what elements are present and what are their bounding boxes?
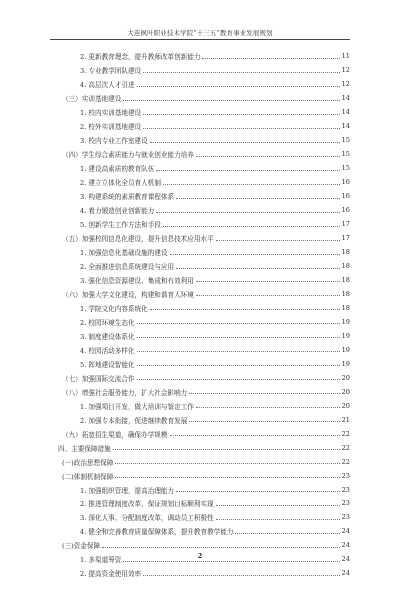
toc-entry-page-number: 21 [341,416,350,424]
toc-entry-title: 1. 加强项目开发，做大培训与鉴定工作 [80,401,195,411]
toc-entry[interactable]: 2. 建立立体化全员育人机制16 [0,175,350,189]
toc-entry[interactable]: 3. 制度建设体系化19 [0,329,350,343]
toc-entry[interactable]: （七）加强国际交流合作20 [0,371,350,385]
toc-entry-page-number: 20 [341,374,350,382]
toc-entry-title: （七）加强国际交流合作 [62,373,136,383]
toc-entry[interactable]: 3. 深化人事、分配制度改革，调动员工积极性23 [0,510,350,524]
toc-entry[interactable]: （九）拓宽招生渠道，确保办学规模22 [0,427,350,441]
header-rule [50,39,350,40]
dot-leader [123,556,340,563]
toc-entry-page-number: 11 [341,52,350,60]
toc-entry-title: 2. 更新教育理念，提升教师改革创新能力 [80,51,201,61]
toc-entry-page-number: 16 [341,206,350,214]
toc-entry-page-number: 22 [341,444,350,452]
toc-entry-page-number: 12 [341,80,350,88]
toc-entry[interactable]: （三）实训基地建设14 [0,91,350,105]
toc-entry[interactable]: 5. 创新学生工作方法和手段17 [0,217,350,231]
toc-entry[interactable]: 1. 加强信息化基础设施的建设18 [0,245,350,259]
toc-entry[interactable]: 1. 加强组织管理，提高治理能力23 [0,483,350,497]
toc-entry[interactable]: 1. 加强项目开发，做大培训与鉴定工作20 [0,399,350,413]
toc-entry[interactable]: (三)资金保障24 [0,538,350,552]
toc-entry[interactable]: (二)体制机制保障23 [0,469,350,483]
toc-entry-title: 1. 校内实训基地建设 [80,107,142,117]
toc-entry-title: （五）加强校园信息化建设，提升信息技术应用水平 [62,233,215,243]
dot-leader [143,570,340,577]
toc-entry[interactable]: 2. 推进管理制度改革，保证规划目标顺利实现23 [0,497,350,511]
toc-entry-page-number: 16 [341,178,350,186]
dot-leader [176,486,340,493]
toc-entry-title: (三)资金保障 [62,540,101,550]
dot-leader [216,235,340,242]
toc-entry-title: 四、主要保障措施 [58,443,112,453]
toc-entry[interactable]: 4. 高层次人才引进12 [0,77,350,91]
dot-leader [196,276,340,283]
toc-entry-title: 2. 推进管理制度改革，保证规划目标顺利实现 [80,498,215,508]
dot-leader [235,528,340,535]
toc-entry-title: 1. 学院文化内容系统化 [80,303,149,313]
toc-entry[interactable]: (一)政治思想保障22 [0,455,350,469]
toc-entry-title: 2. 加强专本衔接，促进继续教育发展 [80,415,188,425]
toc-entry-title: 3. 校内专业工作室建设 [80,135,149,145]
toc-entry-page-number: 18 [341,290,350,298]
toc-entry-page-number: 16 [341,192,350,200]
dot-leader [137,346,340,353]
dot-leader [216,514,340,521]
toc-entry-page-number: 23 [341,513,350,521]
toc-entry-page-number: 19 [341,318,350,326]
toc-entry[interactable]: 1. 建设高素质的教育队伍15 [0,161,350,175]
toc-entry-page-number: 23 [341,486,350,494]
toc-entry-title: （九）拓宽招生渠道，确保办学规模 [62,429,169,439]
toc-entry-page-number: 24 [341,541,350,549]
dot-leader [176,193,340,200]
toc-entry[interactable]: 2. 校外实训基地建设14 [0,119,350,133]
page-number: 2 [190,552,210,560]
toc-entry-title: 2. 全面推进信息系统建设与应用 [80,261,175,271]
dot-leader [196,402,340,409]
toc-entry[interactable]: 2. 提高资金使用效率24 [0,566,350,580]
toc-entry-title: （八）增强社会服务能力，扩大社会影响力 [62,387,188,397]
toc-entry-title: 2. 校园环境生态化 [80,317,136,327]
dot-leader [170,249,340,256]
dot-leader [113,444,340,451]
dot-leader [156,165,340,172]
dot-leader [170,430,341,437]
toc-entry-title: 1. 加强信息化基础设施的建设 [80,247,169,257]
toc-entry[interactable]: 3. 校内专业工作室建设15 [0,133,350,147]
toc-entry-page-number: 19 [341,346,350,354]
toc-entry-title: （六）加强大学文化建设，构建和谐育人环境 [62,289,195,299]
toc-entry-title: 2. 提高资金使用效率 [80,568,142,578]
toc-entry-title: 4. 校园活动多样化 [80,345,136,355]
toc-entry-title: 5. 创新学生工作方法和手段 [80,219,162,229]
toc-entry-page-number: 24 [341,569,350,577]
toc-entry[interactable]: 4. 着力锻造创业创新能力16 [0,203,350,217]
toc-entry-title: （三）实训基地建设 [62,93,122,103]
toc-entry-title: 1. 多渠道筹资 [80,554,122,564]
toc-entry[interactable]: 3. 构建系统的素质教育课程体系16 [0,189,350,203]
toc-entry-page-number: 17 [341,220,350,228]
toc-entry-page-number: 19 [341,360,350,368]
dot-leader [189,416,340,423]
toc-entry-title: 3. 构建系统的素质教育课程体系 [80,191,175,201]
dot-leader [137,332,340,339]
toc-entry-title: 4. 着力锻造创业创新能力 [80,205,155,215]
toc-entry-page-number: 19 [341,332,350,340]
toc-entry-page-number: 22 [341,458,350,466]
dot-leader [137,374,340,381]
dot-leader [196,151,340,158]
dot-leader [115,472,340,479]
toc-entry[interactable]: 四、主要保障措施22 [0,441,350,455]
toc-entry-page-number: 23 [341,472,350,480]
toc-entry[interactable]: 4. 健全和完善教育质量保障体系，提升教育教学能力24 [0,524,350,538]
toc-entry[interactable]: 3. 强化信息资源建设、集成和有效利用18 [0,273,350,287]
toc-entry-page-number: 18 [341,304,350,312]
toc-entry[interactable]: 3. 专业教学团队建设12 [0,63,350,77]
toc-entry-page-number: 12 [341,66,350,74]
toc-entry-page-number: 18 [341,262,350,270]
toc-entry-page-number: 24 [341,527,350,535]
toc-entry-title: (一)政治思想保障 [62,457,114,467]
dot-leader [123,95,340,102]
dot-leader [150,304,340,311]
toc-entry-page-number: 18 [341,248,350,256]
toc-entry[interactable]: 1. 校内实训基地建设14 [0,105,350,119]
toc-entry-title: 3. 强化信息资源建设、集成和有效利用 [80,275,195,285]
toc-entry[interactable]: 2. 全面推进信息系统建设与应用18 [0,259,350,273]
toc-entry[interactable]: 4. 校园活动多样化19 [0,343,350,357]
toc-entry-page-number: 18 [341,276,350,284]
toc-entry-page-number: 20 [341,388,350,396]
table-of-contents: 2. 更新教育理念，提升教师改革创新能力113. 专业教学团队建设124. 高层… [0,50,400,581]
dot-leader [137,81,340,88]
toc-entry-page-number: 24 [341,555,350,563]
dot-leader [115,458,340,465]
toc-entry-title: 5. 阵地建设智能化 [80,359,136,369]
toc-entry-page-number: 23 [341,499,350,507]
toc-entry-title: 3. 专业教学团队建设 [80,65,142,75]
toc-entry-title: 2. 校外实训基地建设 [80,121,142,131]
toc-entry[interactable]: 2. 加强专本衔接，促进继续教育发展21 [0,413,350,427]
dot-leader [143,67,340,74]
dot-leader [196,290,340,297]
dot-leader [202,53,340,60]
toc-entry[interactable]: 5. 阵地建设智能化19 [0,357,350,371]
running-header: 大连枫叶职业技术学院“十三五”教育事业发展规划 [50,28,350,37]
dot-leader [102,542,340,549]
toc-entry-page-number: 15 [341,136,350,144]
toc-entry-page-number: 17 [341,234,350,242]
dot-leader [150,137,340,144]
toc-entry[interactable]: 1. 学院文化内容系统化18 [0,301,350,315]
toc-entry-page-number: 15 [341,164,350,172]
dot-leader [143,109,340,116]
dot-leader [156,207,340,214]
toc-entry[interactable]: 1. 多渠道筹资24 [0,552,350,566]
toc-entry-page-number: 14 [341,122,350,130]
dot-leader [216,500,340,507]
toc-entry-title: 3. 深化人事、分配制度改革，调动员工积极性 [80,512,215,522]
dot-leader [163,179,340,186]
toc-entry-title: 1. 加强组织管理，提高治理能力 [80,485,175,495]
toc-entry-title: （四）学生综合素质能力与就业创业能力培养 [62,149,195,159]
toc-entry[interactable]: （六）加强大学文化建设，构建和谐育人环境18 [0,287,350,301]
dot-leader [189,388,340,395]
dot-leader [137,318,340,325]
toc-entry-title: 3. 制度建设体系化 [80,331,136,341]
toc-entry-page-number: 22 [341,430,350,438]
toc-entry-title: 1. 建设高素质的教育队伍 [80,163,155,173]
toc-entry[interactable]: （五）加强校园信息化建设，提升信息技术应用水平17 [0,231,350,245]
dot-leader [163,221,340,228]
toc-entry[interactable]: （八）增强社会服务能力，扩大社会影响力20 [0,385,350,399]
dot-leader [143,123,340,130]
toc-entry-page-number: 14 [341,108,350,116]
toc-entry-title: (二)体制机制保障 [62,471,114,481]
toc-entry-title: 2. 建立立体化全员育人机制 [80,177,162,187]
toc-entry-page-number: 15 [341,150,350,158]
toc-entry-title: 4. 健全和完善教育质量保障体系，提升教育教学能力 [80,526,234,536]
dot-leader [137,360,340,367]
toc-entry[interactable]: 2. 更新教育理念，提升教师改革创新能力11 [0,50,350,64]
toc-entry[interactable]: 2. 校园环境生态化19 [0,315,350,329]
toc-entry-page-number: 14 [341,94,350,102]
toc-entry-title: 4. 高层次人才引进 [80,79,136,89]
document-page: 大连枫叶职业技术学院“十三五”教育事业发展规划 2. 更新教育理念，提升教师改革… [0,0,400,600]
dot-leader [176,263,340,270]
toc-entry-page-number: 20 [341,402,350,410]
toc-entry[interactable]: （四）学生综合素质能力与就业创业能力培养15 [0,147,350,161]
